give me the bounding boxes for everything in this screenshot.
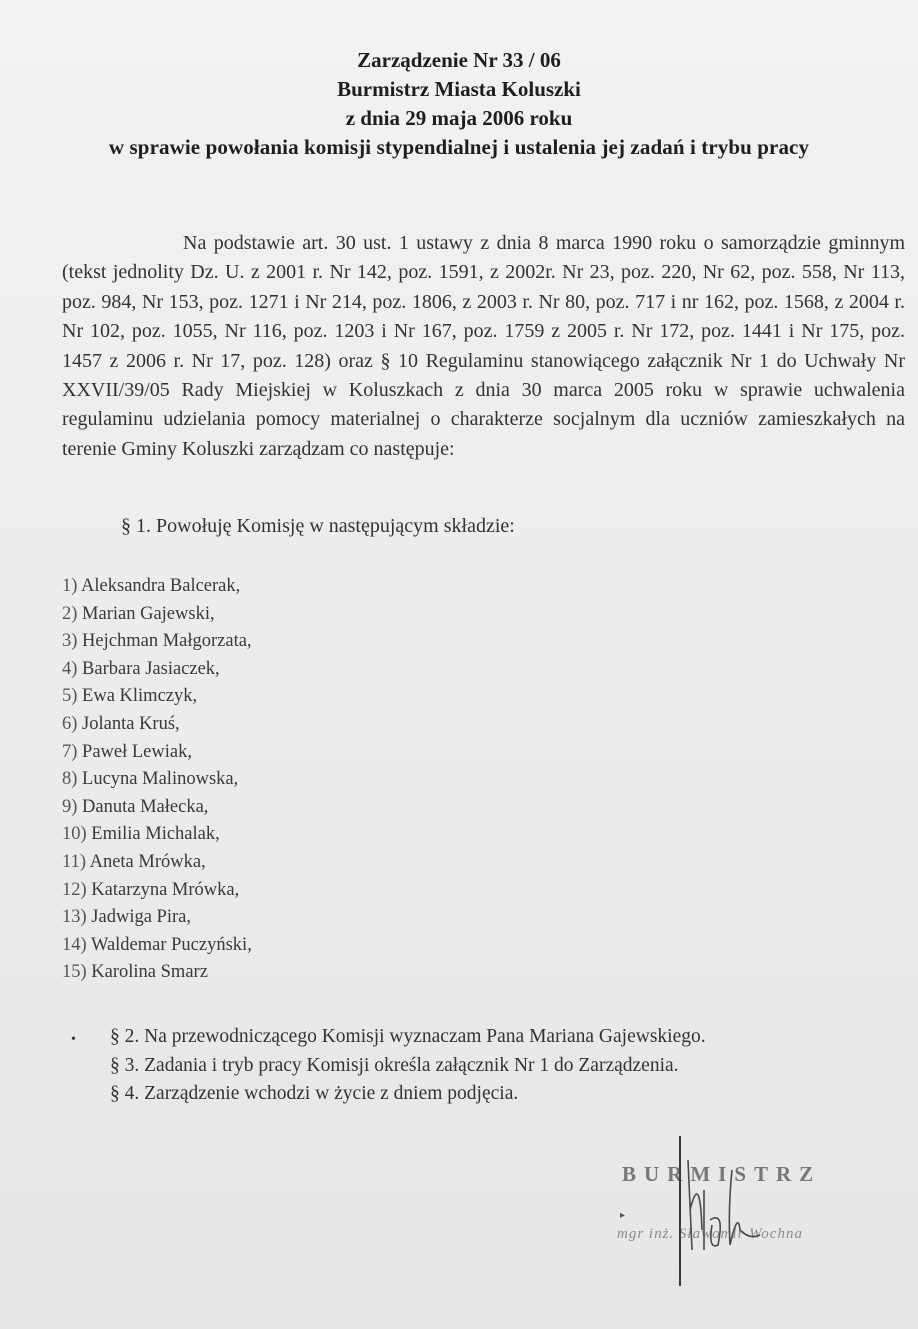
member-name: Aneta Mrówka, bbox=[90, 852, 206, 872]
member-name: Ewa Klimczyk, bbox=[82, 686, 197, 706]
member-item: 4) Barbara Jasiaczek, bbox=[62, 656, 252, 684]
document-page: Zarządzenie Nr 33 / 06 Burmistrz Miasta … bbox=[0, 0, 918, 1329]
document-subject: w sprawie powołania komisji stypendialne… bbox=[0, 133, 918, 162]
member-name: Jolanta Kruś, bbox=[82, 714, 180, 734]
member-number: 3) bbox=[62, 631, 77, 651]
member-item: 12) Katarzyna Mrówka, bbox=[62, 877, 252, 905]
section-1: § 1. Powołuję Komisję w następującym skł… bbox=[121, 515, 515, 538]
member-item: 5) Ewa Klimczyk, bbox=[62, 683, 252, 711]
member-item: 2) Marian Gajewski, bbox=[62, 601, 252, 629]
member-number: 8) bbox=[62, 769, 77, 789]
member-name: Katarzyna Mrówka, bbox=[91, 880, 239, 900]
member-item: 1) Aleksandra Balcerak, bbox=[62, 573, 252, 601]
section-2: § 2. Na przewodniczącego Komisji wyznacz… bbox=[110, 1023, 706, 1052]
member-number: 13) bbox=[62, 907, 87, 927]
member-item: 3) Hejchman Małgorzata, bbox=[62, 628, 252, 656]
member-number: 2) bbox=[62, 604, 77, 624]
bullet-mark: • bbox=[71, 1032, 76, 1048]
member-name: Lucyna Malinowska, bbox=[82, 769, 238, 789]
member-number: 5) bbox=[62, 686, 77, 706]
member-name: Hejchman Małgorzata, bbox=[82, 631, 252, 651]
member-item: 11) Aneta Mrówka, bbox=[62, 849, 252, 877]
member-item: 15) Karolina Smarz bbox=[62, 959, 252, 987]
document-date: z dnia 29 maja 2006 roku bbox=[0, 104, 918, 133]
member-item: 6) Jolanta Kruś, bbox=[62, 711, 252, 739]
member-name: Danuta Małecka, bbox=[82, 797, 208, 817]
member-number: 12) bbox=[62, 880, 87, 900]
member-item: 8) Lucyna Malinowska, bbox=[62, 766, 252, 794]
member-number: 6) bbox=[62, 714, 77, 734]
ink-mark: ▸ bbox=[620, 1210, 625, 1221]
preamble-text: Na podstawie art. 30 ust. 1 ustawy z dni… bbox=[62, 232, 905, 460]
member-name: Aleksandra Balcerak, bbox=[81, 576, 240, 596]
member-item: 14) Waldemar Puczyński, bbox=[62, 932, 252, 960]
section-3: § 3. Zadania i tryb pracy Komisji określ… bbox=[110, 1052, 706, 1081]
section-4: § 4. Zarządzenie wchodzi w życie z dniem… bbox=[110, 1080, 706, 1109]
member-number: 10) bbox=[62, 824, 87, 844]
document-title: Zarządzenie Nr 33 / 06 bbox=[0, 46, 918, 75]
member-name: Karolina Smarz bbox=[91, 962, 208, 982]
preamble: Na podstawie art. 30 ust. 1 ustawy z dni… bbox=[62, 229, 905, 464]
member-name: Paweł Lewiak, bbox=[82, 742, 192, 762]
member-item: 7) Paweł Lewiak, bbox=[62, 739, 252, 767]
member-name: Waldemar Puczyński, bbox=[91, 935, 252, 955]
member-list: 1) Aleksandra Balcerak,2) Marian Gajewsk… bbox=[62, 573, 252, 987]
member-name: Emilia Michalak, bbox=[91, 824, 219, 844]
member-name: Marian Gajewski, bbox=[82, 604, 215, 624]
member-name: Jadwiga Pira, bbox=[91, 907, 191, 927]
member-number: 7) bbox=[62, 742, 77, 762]
member-number: 4) bbox=[62, 659, 77, 679]
member-number: 11) bbox=[62, 852, 86, 872]
signature-icon bbox=[680, 1150, 800, 1260]
member-item: 9) Danuta Małecka, bbox=[62, 794, 252, 822]
member-number: 15) bbox=[62, 962, 87, 982]
sections: § 2. Na przewodniczącego Komisji wyznacz… bbox=[110, 1023, 706, 1109]
document-issuer: Burmistrz Miasta Koluszki bbox=[0, 75, 918, 104]
member-item: 13) Jadwiga Pira, bbox=[62, 904, 252, 932]
member-name: Barbara Jasiaczek, bbox=[82, 659, 220, 679]
member-item: 10) Emilia Michalak, bbox=[62, 821, 252, 849]
document-header: Zarządzenie Nr 33 / 06 Burmistrz Miasta … bbox=[0, 46, 918, 162]
member-number: 9) bbox=[62, 797, 77, 817]
member-number: 14) bbox=[62, 935, 87, 955]
member-number: 1) bbox=[62, 576, 77, 596]
